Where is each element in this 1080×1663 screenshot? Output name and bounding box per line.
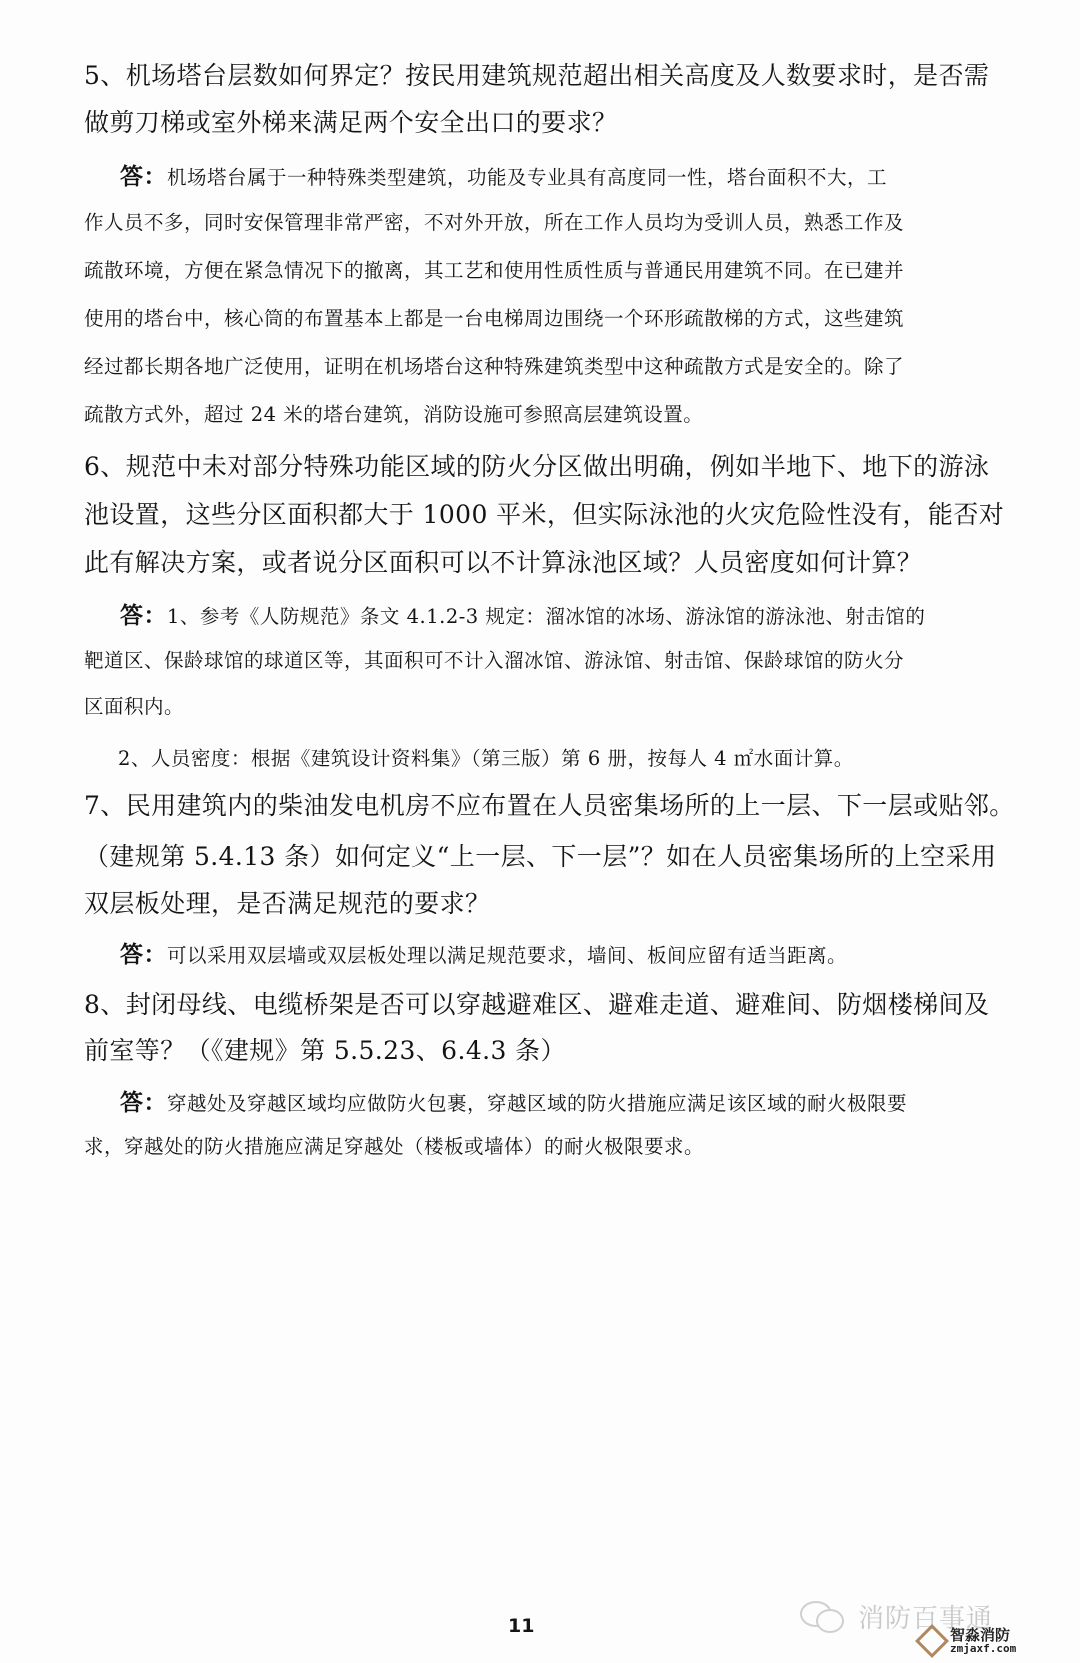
answer-6-line-2: 靶道区、保龄球馆的球道区等，其面积可不计入溜冰馆、游泳馆、射击馆、保龄球馆的防火… [84,645,904,673]
answer-6-line-4: 2、人员密度：根据《建筑设计资料集》（第三版）第 6 册，按每人 4 ㎡水面计算… [118,743,854,771]
answer-5-line-3: 疏散环境，方便在紧急情况下的撤离，其工艺和使用性质性质与普通民用建筑不同。在已建… [84,255,904,283]
question-8-line-2: 前室等？（《建规》第 5.5.23、6.4.3 条） [84,1031,566,1067]
answer-5-line-6: 疏散方式外，超过 24 米的塔台建筑，消防设施可参照高层建筑设置。 [84,399,703,427]
wechat-icon [800,1601,848,1633]
answer-label: 答： [120,164,167,190]
answer-5-line-5: 经过都长期各地广泛使用，证明在机场塔台这种特殊建筑类型中这种疏散方式是安全的。除… [84,351,904,379]
answer-label: 答： [120,942,167,968]
question-5-line-2: 做剪刀梯或室外梯来满足两个安全出口的要求？ [84,103,617,139]
answer-6-line-3: 区面积内。 [84,691,184,719]
answer-7-line-1: 答：可以采用双层墙或双层板处理以满足规范要求，墙间、板间应留有适当距离。 [120,936,847,969]
answer-8-line-1: 答：穿越处及穿越区域均应做防火包裹，穿越区域的防火措施应满足该区域的耐火极限要 [120,1084,907,1117]
answer-5-line-2: 作人员不多，同时安保管理非常严密，不对外开放，所在工作人员均为受训人员，熟悉工作… [84,207,904,235]
question-6-line-3: 此有解决方案，或者说分区面积可以不计算泳池区域？人员密度如何计算？ [84,543,922,579]
answer-6-line-1: 答：1、参考《人防规范》条文 4.1.2-3 规定：溜冰馆的冰场、游泳馆的游泳池… [120,597,925,630]
question-7-line-2: （建规第 5.4.13 条）如何定义“上一层、下一层”？如在人员密集场所的上空采… [84,837,996,873]
page-number: 11 [508,1615,534,1637]
answer-5-line-1: 答：机场塔台属于一种特殊类型建筑，功能及专业具有高度同一性，塔台面积不大，工 [120,158,887,191]
question-8-line-1: 8、封闭母线、电缆桥架是否可以穿越避难区、避难走道、避难间、防烟楼梯间及 [84,985,989,1021]
answer-5-line-4: 使用的塔台中，核心筒的布置基本上都是一台电梯周边围绕一个环形疏散梯的方式，这些建… [84,303,904,331]
question-7-line-3: 双层板处理，是否满足规范的要求？ [84,884,490,920]
question-6-line-1: 6、规范中未对部分特殊功能区域的防火分区做出明确，例如半地下、地下的游泳 [84,447,989,483]
answer-8-line-2: 求，穿越处的防火措施应满足穿越处（楼板或墙体）的耐火极限要求。 [84,1131,704,1159]
logo-url: zmjaxf.com [950,1643,1016,1654]
answer-label: 答： [120,603,167,629]
question-6-line-2: 池设置，这些分区面积都大于 1000 平米，但实际泳池的火灾危险性没有，能否对 [84,495,1004,531]
site-logo: 智淼消防 zmjaxf.com [920,1628,1016,1654]
logo-name: 智淼消防 [950,1628,1016,1643]
logo-diamond-icon [915,1624,949,1658]
question-5-line-1: 5、机场塔台层数如何界定？按民用建筑规范超出相关高度及人数要求时，是否需 [84,56,989,92]
question-7-line-1: 7、民用建筑内的柴油发电机房不应布置在人员密集场所的上一层、下一层或贴邻。 [84,786,1015,822]
answer-label: 答： [120,1090,167,1116]
